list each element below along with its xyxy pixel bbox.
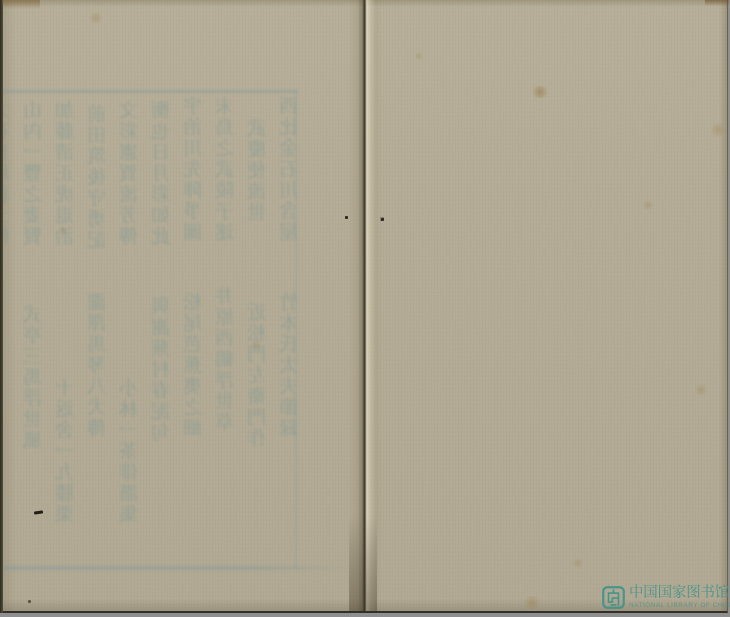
- ghost-text-column: 與謝蕪村春泥句: [151, 296, 174, 443]
- ghost-text-column: 井原西鶴浮世草: [215, 286, 238, 433]
- ghost-frame-top-rule: [0, 90, 298, 93]
- age-spot: [530, 86, 550, 98]
- ghost-text-column: 宇治川先陣爭圖: [183, 96, 206, 243]
- ghost-text-column: 衡也日月彩如此: [151, 100, 174, 247]
- ghost-text-column: 松尾芭蕉奧之細: [183, 292, 206, 439]
- ghost-text-column: 式亭三馬浮世風: [23, 304, 46, 451]
- ghost-text-column: 西比金石川含屋: [279, 96, 302, 243]
- ghost-text-column: 末鳥之武陵子逑: [215, 96, 238, 243]
- left-scan-edge: [0, 0, 3, 613]
- book-scan-image: 西比金石川含屋武慶使流世末鳥之武陵子逑宇治川先陣爭圖衡也日月彩如此文彩憲賀流芳傳…: [0, 0, 730, 617]
- ghost-frame-bottom-rule: [0, 566, 352, 570]
- ghost-text-column: 近松門左衛門作: [247, 302, 270, 449]
- ghost-text-column: 小林一茶俳諧集: [119, 378, 142, 525]
- library-name-english: NATIONAL LIBRARY OF CHINA: [629, 603, 730, 609]
- left-page-showthrough-text: 西比金石川含屋武慶使流世末鳥之武陵子逑宇治川先陣爭圖衡也日月彩如此文彩憲賀流芳傳…: [0, 0, 365, 611]
- ghost-text-column: 竹本氏太夫節録: [279, 292, 302, 439]
- library-name-chinese: 中国国家图书馆: [629, 586, 730, 601]
- nlc-seal-logo-icon: [602, 586, 625, 609]
- age-spot: [88, 12, 104, 24]
- age-spot: [250, 340, 262, 350]
- age-spot: [642, 200, 654, 210]
- gutter-bottom-shadow: [349, 515, 377, 611]
- top-left-edge-stain: [2, 0, 40, 9]
- ghost-text-column: 瀧澤馬琴八犬傳: [87, 292, 110, 439]
- age-spot: [710, 122, 726, 138]
- ghost-text-column: 加藤清正虎退治: [55, 100, 78, 247]
- age-spot: [694, 384, 708, 396]
- library-watermark: 中国国家图书馆 NATIONAL LIBRARY OF CHINA: [602, 586, 730, 609]
- ghost-text-column: 武慶使流世: [247, 118, 270, 223]
- top-right-edge-stain: [705, 0, 729, 6]
- age-spot: [522, 596, 542, 610]
- age-spot: [572, 558, 584, 568]
- ink-speck: [28, 600, 31, 603]
- ghost-text-column: 前田筑後守勇記: [87, 104, 110, 251]
- ghost-text-column: 山內一豐之妻賢: [23, 100, 46, 247]
- age-spot: [58, 226, 68, 235]
- ghost-text-column: 文彩憲賀流芳傳: [119, 100, 142, 247]
- ghost-text-column: 十返舍一九膝栗: [55, 378, 78, 525]
- age-spot: [414, 52, 424, 60]
